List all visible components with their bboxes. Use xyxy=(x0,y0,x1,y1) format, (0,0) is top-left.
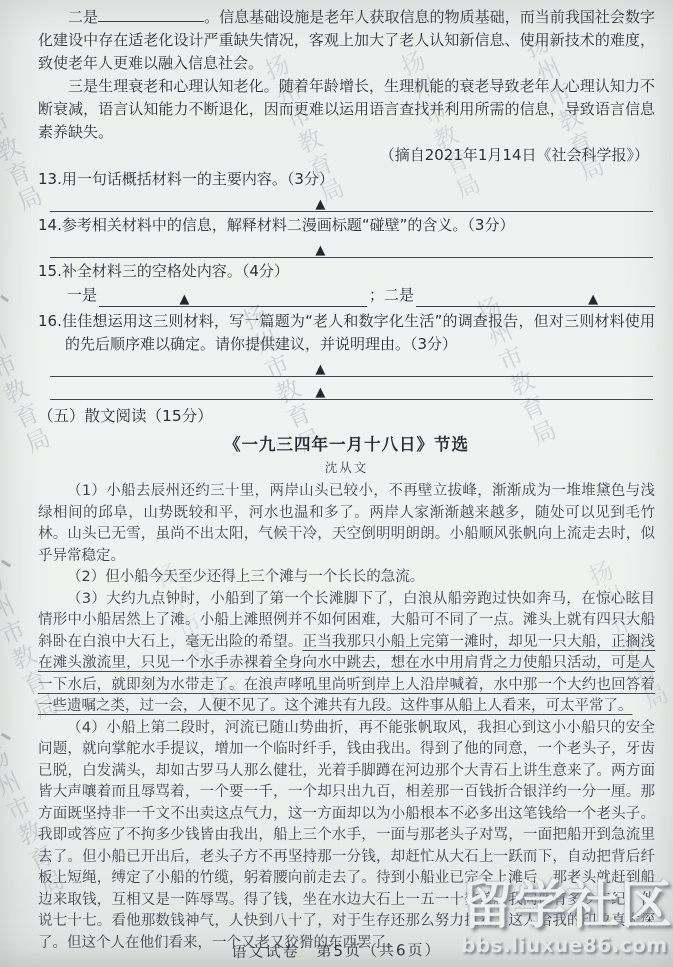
essay-author: 沈从文 xyxy=(38,459,655,476)
question-13-text: 用一句话概括材料一的主要内容。（3分） xyxy=(62,170,334,188)
blank2-label: ；二是 xyxy=(367,284,416,307)
answer-marker-triangle: ▲ xyxy=(315,386,325,399)
blank1-label: 一是 xyxy=(65,284,99,307)
question-16-text: 佳佳想运用这三则材料，写一篇题为“老人和数字化生活”的调查报告，但对三则材料使用… xyxy=(62,312,655,353)
page-content: 二是。信息基础设施是老年人获取信息的物质基础，而当前我国社会数字化建设中存在适老… xyxy=(0,0,673,954)
question-14-number: 14. xyxy=(38,216,62,234)
essay-title: 《一九三四年一月十八日》节选 xyxy=(38,433,655,457)
essay-paragraph-1: （1）小船去辰州还约三十里，两岸山头已较小，不再壁立拔峰，渐渐成为一堆堆黛色与浅… xyxy=(38,481,655,567)
answer-marker-triangle: ▲ xyxy=(315,363,325,376)
answer-blank: ▲ xyxy=(99,287,367,307)
question-15-blanks-row: 一是 ▲ ；二是 ▲ xyxy=(65,284,655,307)
material-three-item3: 三是生理衰老和心理认知老化。随着年龄增长，生理机能的衰老导致老年人心理认知力不断… xyxy=(38,75,655,144)
answer-marker-triangle: ▲ xyxy=(315,244,325,257)
question-14-text: 参考相关材料中的信息，解释材料二漫画标题“碰壁”的含义。（3分） xyxy=(62,216,515,234)
answer-blank: ▲ xyxy=(416,287,655,307)
answer-line: ▲ xyxy=(50,191,653,212)
essay-body: （1）小船去辰州还约三十里，两岸山头已较小，不再壁立拔峰，渐渐成为一堆堆黛色与浅… xyxy=(38,481,655,954)
scanned-exam-page: 扬州市教育局 扬州市教育局 扬州市教育局 扬州市教育局 扬州市教育局 扬州市教育… xyxy=(0,0,673,967)
material-lead: 二是 xyxy=(68,8,98,26)
section-five-heading: （五）散文阅读（15分） xyxy=(38,405,655,428)
question-14: 14.参考相关材料中的信息，解释材料二漫画标题“碰壁”的含义。（3分） xyxy=(38,214,655,237)
fill-in-blank-underline xyxy=(98,8,204,22)
essay-paragraph-3: （3）大约九点钟时，小船到了第一个长滩脚下了，白浪从船旁跑过快如奔马，在惊心眩目… xyxy=(38,589,655,718)
answer-marker-triangle: ▲ xyxy=(588,293,598,306)
answer-marker-triangle: ▲ xyxy=(179,293,189,306)
essay-paragraph-4: （4）小船上第二段时，河流已随山势曲折，再不能张帆取风，我担心到这小小船只的安全… xyxy=(38,718,655,955)
material-three-item2: 二是。信息基础设施是老年人获取信息的物质基础，而当前我国社会数字化建设中存在适老… xyxy=(38,6,655,75)
question-16: 16.佳佳想运用这三则材料，写一篇题为“老人和数字化生活”的调查报告，但对三则材… xyxy=(38,310,655,356)
answer-line: ▲ xyxy=(50,237,653,258)
essay-paragraph-2: （2）但小船今天至少还得上三个滩与一个长长的急流。 xyxy=(38,567,655,589)
answer-marker-triangle: ▲ xyxy=(315,198,325,211)
answer-line: ▲ xyxy=(50,379,653,400)
question-13-number: 13. xyxy=(38,170,62,188)
question-16-number: 16. xyxy=(38,312,62,330)
question-15-text: 补全材料三的空格处内容。（4分） xyxy=(62,262,289,280)
question-15: 15.补全材料三的空格处内容。（4分） xyxy=(38,260,655,283)
question-13: 13.用一句话概括材料一的主要内容。（3分） xyxy=(38,168,655,191)
answer-line: ▲ xyxy=(50,356,653,377)
material-source-citation: （摘自2021年1月14日《社会科学报》） xyxy=(38,144,655,166)
question-15-number: 15. xyxy=(38,262,62,280)
